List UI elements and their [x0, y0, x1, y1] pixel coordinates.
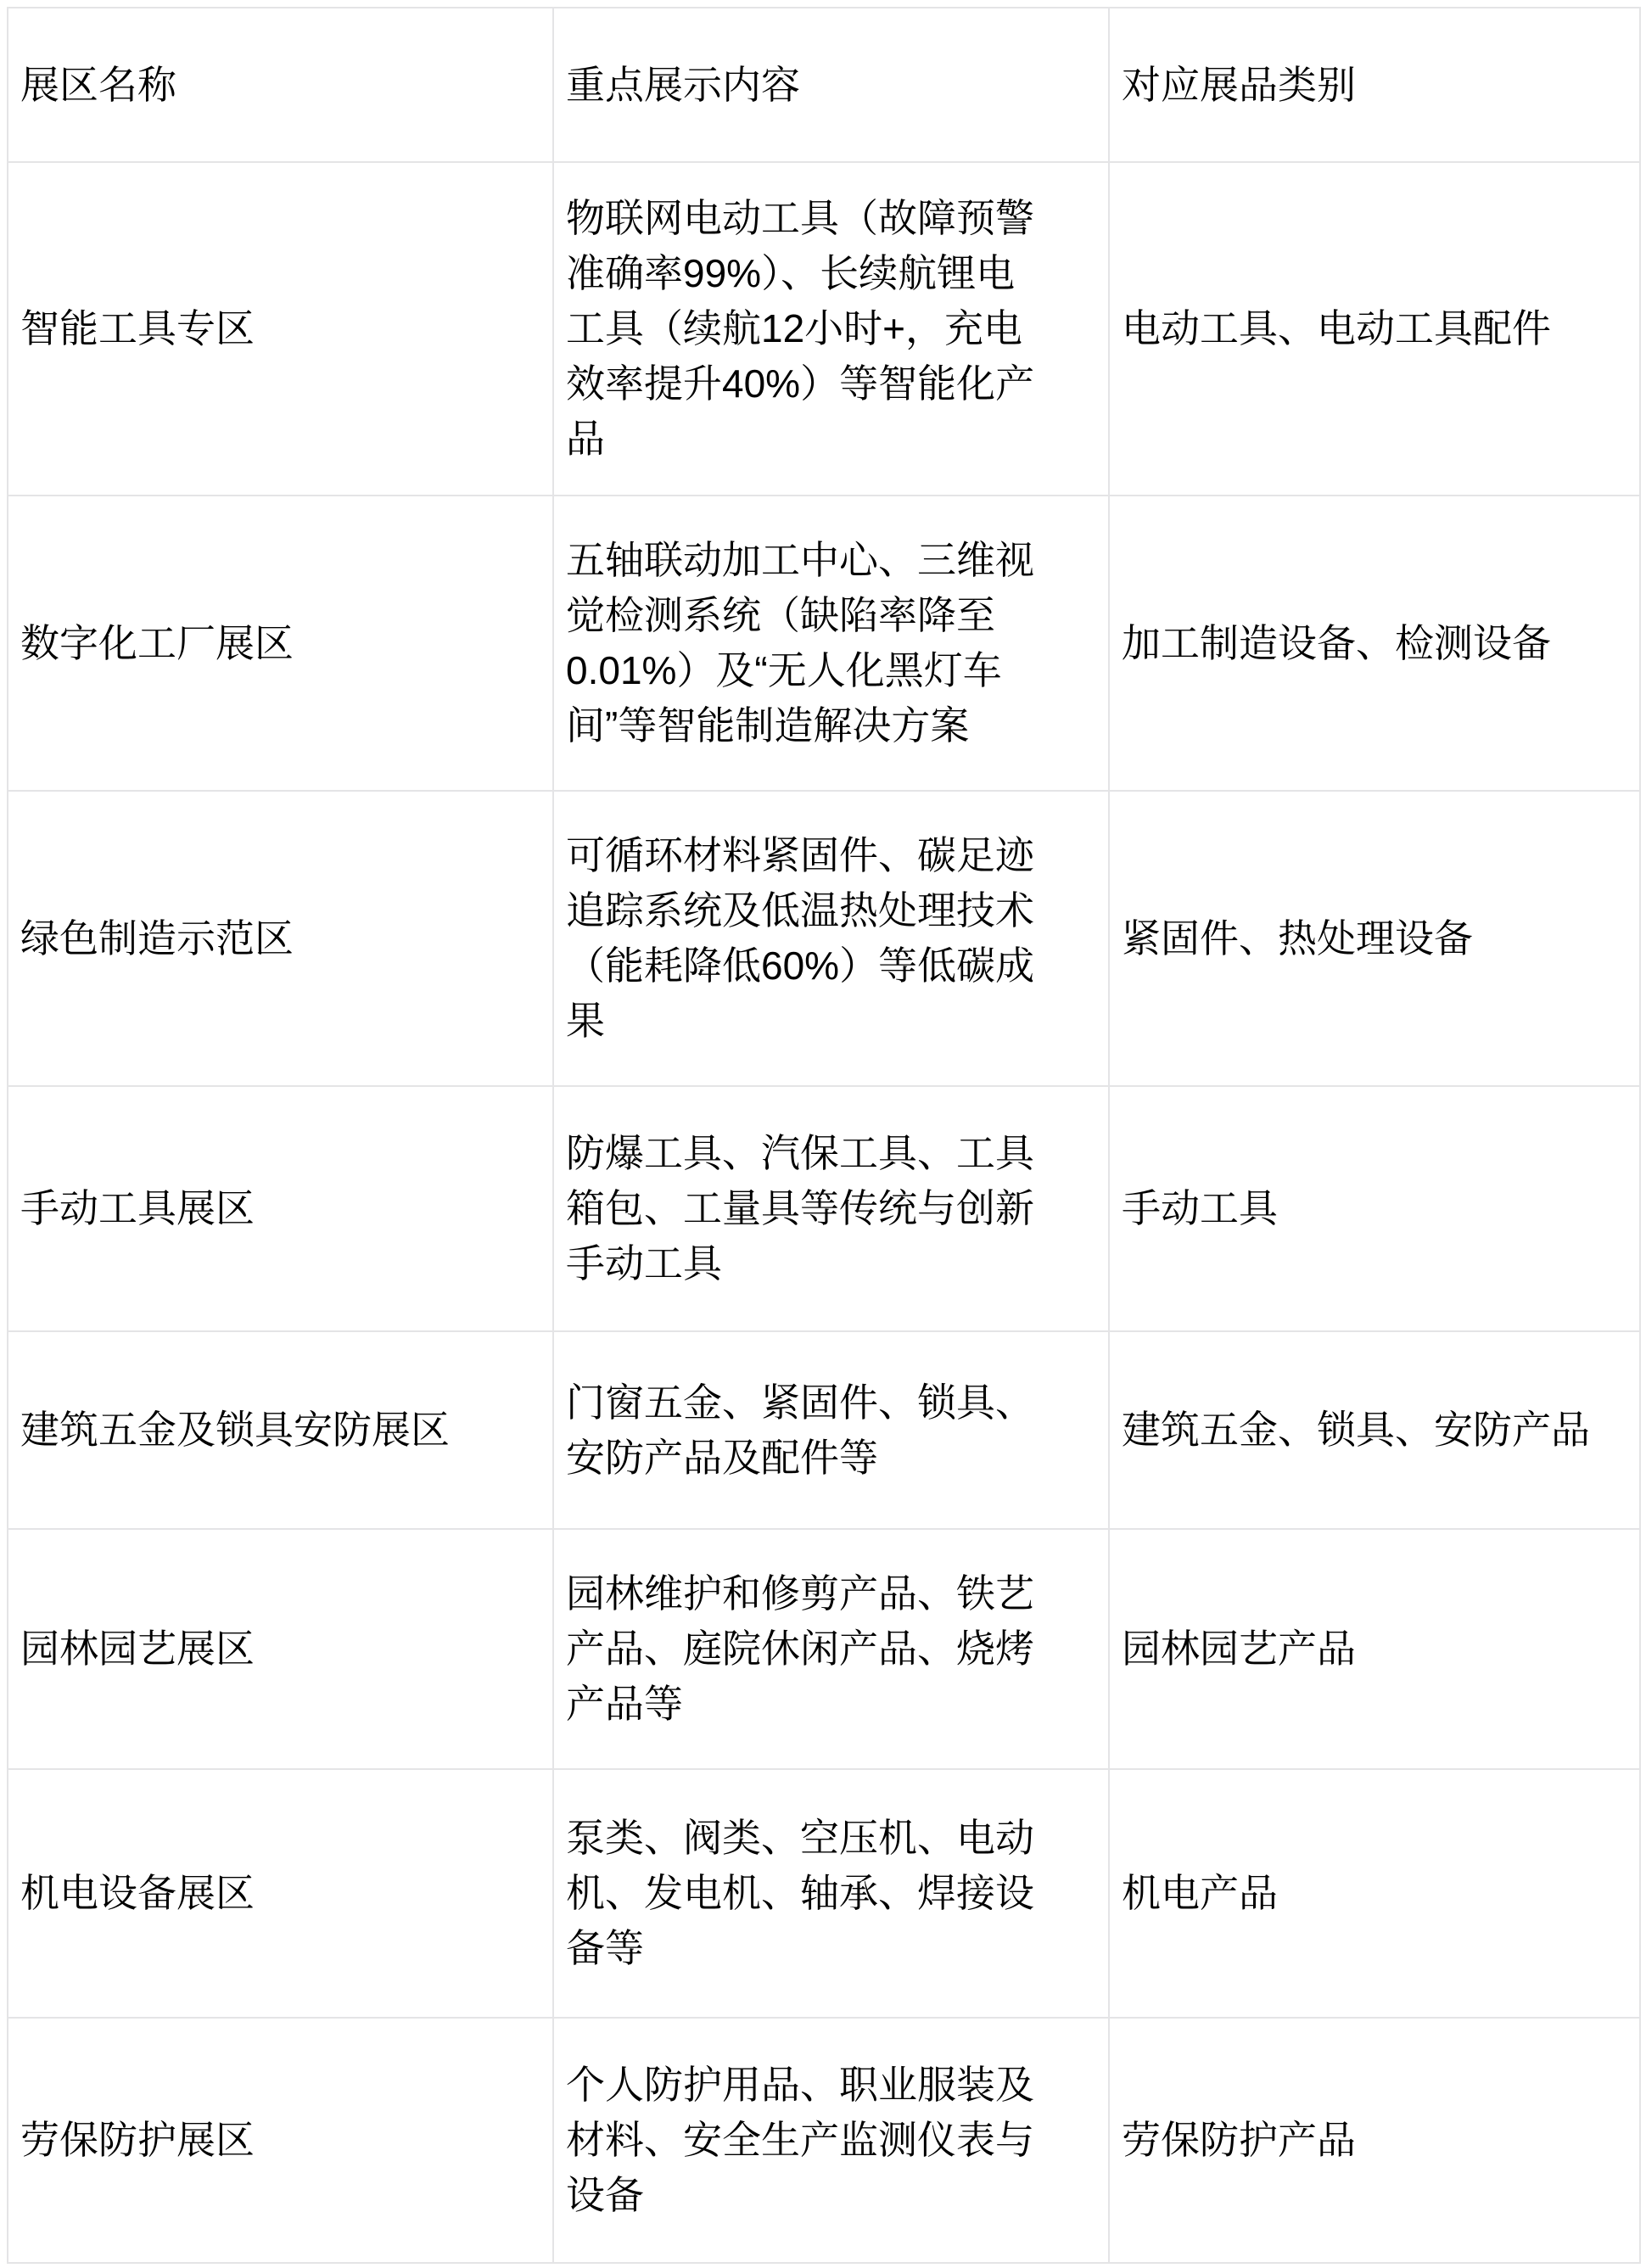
- table-row: 机电设备展区 泵类、阀类、空压机、电动 机、发电机、轴承、焊接设 备等 机电产品: [8, 1769, 1640, 2018]
- zone-content: 物联网电动工具（故障预警 准确率99%）、长续航锂电 工具（续航12小时+，充电…: [553, 162, 1109, 496]
- table-row: 园林园艺展区 园林维护和修剪产品、铁艺 产品、庭院休闲产品、烧烤 产品等 园林园…: [8, 1529, 1640, 1769]
- table-row: 手动工具展区 防爆工具、汽保工具、工具 箱包、工量具等传统与创新 手动工具 手动…: [8, 1086, 1640, 1331]
- zone-name: 园林园艺展区: [8, 1529, 553, 1769]
- col-header-zone: 展区名称: [8, 8, 553, 162]
- zone-name: 智能工具专区: [8, 162, 553, 496]
- zone-content: 防爆工具、汽保工具、工具 箱包、工量具等传统与创新 手动工具: [553, 1086, 1109, 1331]
- zone-name: 劳保防护展区: [8, 2018, 553, 2263]
- zone-category: 机电产品: [1109, 1769, 1640, 2018]
- exhibition-zones-table: 展区名称 重点展示内容 对应展品类别 智能工具专区 物联网电动工具（故障预警 准…: [7, 7, 1641, 2264]
- table-row: 绿色制造示范区 可循环材料紧固件、碳足迹 追踪系统及低温热处理技术 （能耗降低6…: [8, 791, 1640, 1086]
- zone-name: 手动工具展区: [8, 1086, 553, 1331]
- zone-category: 劳保防护产品: [1109, 2018, 1640, 2263]
- header-row: 展区名称 重点展示内容 对应展品类别: [8, 8, 1640, 162]
- table-row: 数字化工厂展区 五轴联动加工中心、三维视 觉检测系统（缺陷率降至 0.01%）及…: [8, 496, 1640, 791]
- table-row: 建筑五金及锁具安防展区 门窗五金、紧固件、锁具、 安防产品及配件等 建筑五金、锁…: [8, 1331, 1640, 1529]
- zone-name: 数字化工厂展区: [8, 496, 553, 791]
- zone-content: 门窗五金、紧固件、锁具、 安防产品及配件等: [553, 1331, 1109, 1529]
- zone-content: 五轴联动加工中心、三维视 觉检测系统（缺陷率降至 0.01%）及“无人化黑灯车 …: [553, 496, 1109, 791]
- table-row: 劳保防护展区 个人防护用品、职业服装及 材料、安全生产监测仪表与 设备 劳保防护…: [8, 2018, 1640, 2263]
- col-header-content: 重点展示内容: [553, 8, 1109, 162]
- zone-content: 园林维护和修剪产品、铁艺 产品、庭院休闲产品、烧烤 产品等: [553, 1529, 1109, 1769]
- zone-category: 园林园艺产品: [1109, 1529, 1640, 1769]
- zone-category: 加工制造设备、检测设备: [1109, 496, 1640, 791]
- col-header-category: 对应展品类别: [1109, 8, 1640, 162]
- zone-content: 泵类、阀类、空压机、电动 机、发电机、轴承、焊接设 备等: [553, 1769, 1109, 2018]
- zone-name: 机电设备展区: [8, 1769, 553, 2018]
- table-row: 智能工具专区 物联网电动工具（故障预警 准确率99%）、长续航锂电 工具（续航1…: [8, 162, 1640, 496]
- zone-name: 建筑五金及锁具安防展区: [8, 1331, 553, 1529]
- zone-content: 个人防护用品、职业服装及 材料、安全生产监测仪表与 设备: [553, 2018, 1109, 2263]
- zone-category: 建筑五金、锁具、安防产品: [1109, 1331, 1640, 1529]
- zone-content: 可循环材料紧固件、碳足迹 追踪系统及低温热处理技术 （能耗降低60%）等低碳成 …: [553, 791, 1109, 1086]
- zone-name: 绿色制造示范区: [8, 791, 553, 1086]
- zone-category: 手动工具: [1109, 1086, 1640, 1331]
- zone-category: 紧固件、热处理设备: [1109, 791, 1640, 1086]
- zone-category: 电动工具、电动工具配件: [1109, 162, 1640, 496]
